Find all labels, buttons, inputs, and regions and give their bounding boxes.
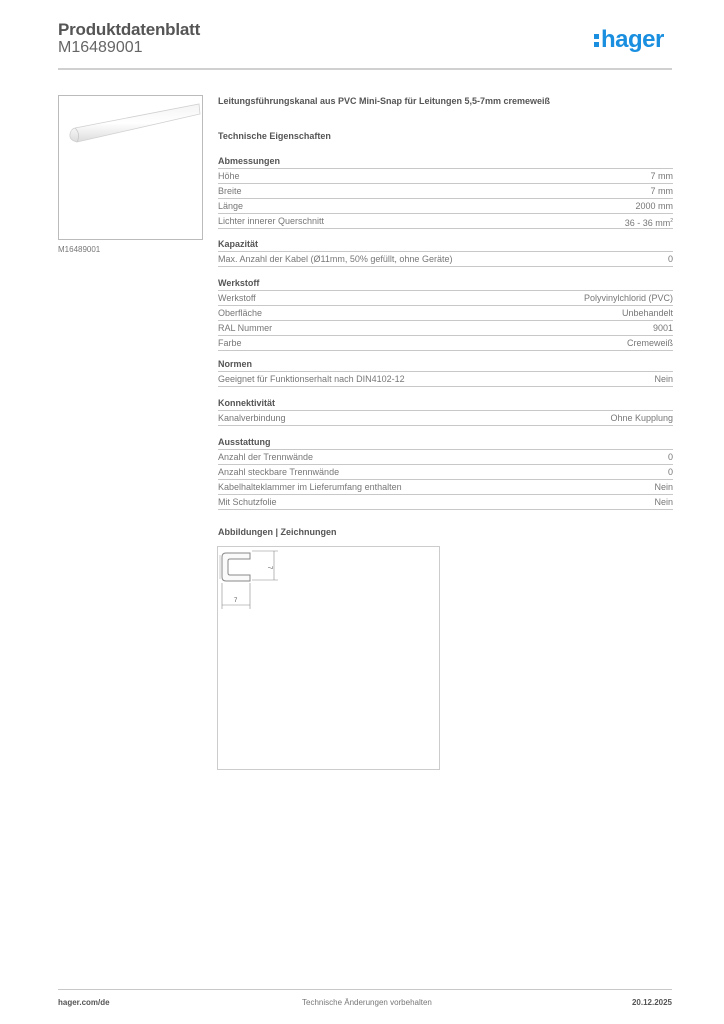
property-value: 2000 mm bbox=[635, 199, 673, 213]
property-label: Anzahl steckbare Trennwände bbox=[218, 465, 339, 479]
property-value: Nein bbox=[654, 372, 673, 386]
property-row: Lichter innerer Querschnitt36 - 36 mm2 bbox=[218, 214, 673, 229]
technical-properties-title: Technische Eigenschaften bbox=[218, 131, 331, 141]
svg-text:7: 7 bbox=[266, 566, 272, 570]
section-normen: NormenGeeignet für Funktionserhalt nach … bbox=[218, 358, 673, 387]
property-value: Nein bbox=[654, 495, 673, 509]
property-label: Kanalverbindung bbox=[218, 411, 286, 425]
figures-title: Abbildungen | Zeichnungen bbox=[218, 527, 337, 537]
document-date: 20.12.2025 bbox=[632, 998, 672, 1007]
property-value: Ohne Kupplung bbox=[610, 411, 673, 425]
property-label: Lichter innerer Querschnitt bbox=[218, 214, 324, 228]
product-image bbox=[58, 95, 203, 240]
footer-divider bbox=[58, 989, 672, 990]
property-label: Werkstoff bbox=[218, 291, 256, 305]
property-value: Cremeweiß bbox=[627, 336, 673, 350]
cable-duct-image-icon bbox=[59, 96, 202, 239]
property-row: FarbeCremeweiß bbox=[218, 336, 673, 351]
section-title: Abmessungen bbox=[218, 155, 673, 169]
section-title: Kapazität bbox=[218, 238, 673, 252]
property-row: Max. Anzahl der Kabel (Ø11mm, 50% gefüll… bbox=[218, 252, 673, 267]
section-kapazität: KapazitätMax. Anzahl der Kabel (Ø11mm, 5… bbox=[218, 238, 673, 267]
property-row: Kabelhalteklammer im Lieferumfang enthal… bbox=[218, 480, 673, 495]
figures-box: 7 7 bbox=[217, 546, 440, 770]
property-value: Polyvinylchlorid (PVC) bbox=[584, 291, 673, 305]
property-row: Länge2000 mm bbox=[218, 199, 673, 214]
property-row: OberflächeUnbehandelt bbox=[218, 306, 673, 321]
property-value: 36 - 36 mm2 bbox=[625, 214, 673, 228]
section-ausstattung: AusstattungAnzahl der Trennwände0Anzahl … bbox=[218, 436, 673, 510]
svg-text:7: 7 bbox=[234, 598, 238, 604]
profile-drawing-icon: 7 7 bbox=[218, 547, 439, 769]
property-row: Höhe7 mm bbox=[218, 169, 673, 184]
property-value: Nein bbox=[654, 480, 673, 494]
product-description: Leitungsführungskanal aus PVC Mini-Snap … bbox=[218, 96, 550, 106]
property-label: Höhe bbox=[218, 169, 240, 183]
page-title: Produktdatenblatt bbox=[58, 20, 200, 40]
property-row: Anzahl der Trennwände0 bbox=[218, 450, 673, 465]
property-label: Länge bbox=[218, 199, 243, 213]
section-title: Normen bbox=[218, 358, 673, 372]
property-label: Kabelhalteklammer im Lieferumfang enthal… bbox=[218, 480, 402, 494]
property-value: 0 bbox=[668, 252, 673, 266]
property-value: Unbehandelt bbox=[622, 306, 673, 320]
property-label: Max. Anzahl der Kabel (Ø11mm, 50% gefüll… bbox=[218, 252, 452, 266]
property-row: KanalverbindungOhne Kupplung bbox=[218, 411, 673, 426]
property-label: Breite bbox=[218, 184, 242, 198]
footer-note: Technische Änderungen vorbehalten bbox=[302, 998, 432, 1007]
property-row: Mit SchutzfolieNein bbox=[218, 495, 673, 510]
section-konnektivität: KonnektivitätKanalverbindungOhne Kupplun… bbox=[218, 397, 673, 426]
property-label: RAL Nummer bbox=[218, 321, 272, 335]
property-label: Anzahl der Trennwände bbox=[218, 450, 313, 464]
website-link[interactable]: hager.com/de bbox=[58, 998, 110, 1007]
property-label: Geeignet für Funktionserhalt nach DIN410… bbox=[218, 372, 405, 386]
property-value: 7 mm bbox=[651, 184, 674, 198]
property-row: Geeignet für Funktionserhalt nach DIN410… bbox=[218, 372, 673, 387]
product-image-caption: M16489001 bbox=[58, 245, 100, 254]
property-row: Anzahl steckbare Trennwände0 bbox=[218, 465, 673, 480]
section-werkstoff: WerkstoffWerkstoffPolyvinylchlorid (PVC)… bbox=[218, 277, 673, 351]
property-row: Breite7 mm bbox=[218, 184, 673, 199]
property-label: Mit Schutzfolie bbox=[218, 495, 277, 509]
product-code: M16489001 bbox=[58, 39, 143, 57]
section-title: Konnektivität bbox=[218, 397, 673, 411]
logo-colon-icon bbox=[594, 30, 599, 48]
property-row: WerkstoffPolyvinylchlorid (PVC) bbox=[218, 291, 673, 306]
property-value: 9001 bbox=[653, 321, 673, 335]
section-title: Werkstoff bbox=[218, 277, 673, 291]
property-value: 0 bbox=[668, 465, 673, 479]
section-title: Ausstattung bbox=[218, 436, 673, 450]
property-label: Farbe bbox=[218, 336, 242, 350]
header-divider bbox=[58, 68, 672, 70]
section-abmessungen: AbmessungenHöhe7 mmBreite7 mmLänge2000 m… bbox=[218, 155, 673, 229]
property-row: RAL Nummer9001 bbox=[218, 321, 673, 336]
hager-logo: hager bbox=[594, 26, 664, 54]
property-value: 7 mm bbox=[651, 169, 674, 183]
property-label: Oberfläche bbox=[218, 306, 262, 320]
property-value: 0 bbox=[668, 450, 673, 464]
